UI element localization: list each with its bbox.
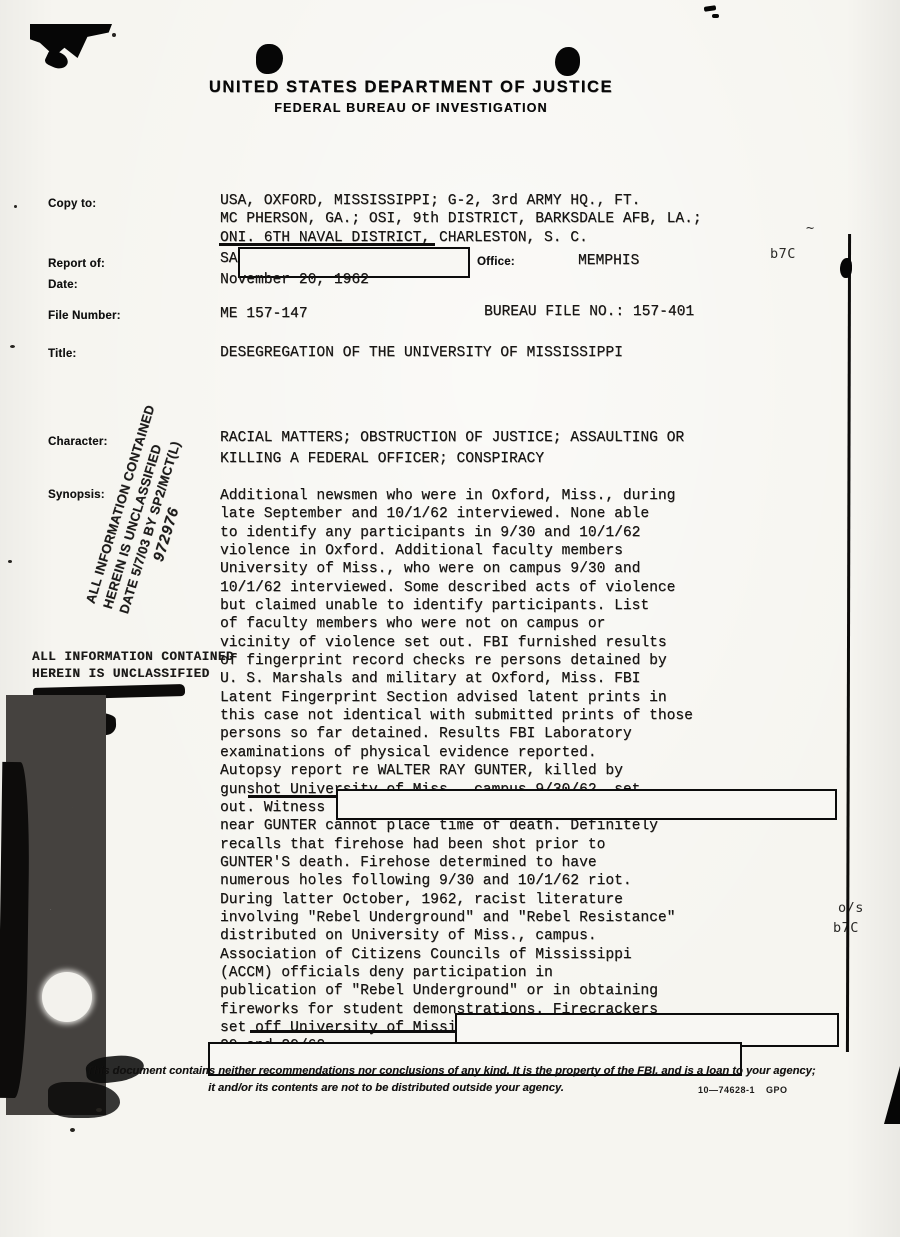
scan-speck-3 <box>70 1128 75 1132</box>
report-of-label: Report of: <box>48 258 105 270</box>
scan-line-blob <box>840 258 852 278</box>
document-page: UNITED STATES DEPARTMENT OF JUSTICE FEDE… <box>0 0 900 1237</box>
file-number-value: ME 157-147 <box>220 305 308 323</box>
header-agency: UNITED STATES DEPARTMENT OF JUSTICE <box>180 78 642 97</box>
scan-artifact-bottom-right <box>884 1066 900 1124</box>
character-label: Character: <box>48 436 108 448</box>
scan-artifact-top-right2 <box>712 14 719 18</box>
hole-punch <box>42 972 92 1022</box>
scan-speck-6 <box>8 560 12 563</box>
footer-form-number: 10—74628-1 <box>698 1085 755 1095</box>
file-number-label: File Number: <box>48 310 121 322</box>
copy-to-label: Copy to: <box>48 198 96 210</box>
header-bureau: FEDERAL BUREAU OF INVESTIGATION <box>180 101 642 115</box>
b7c-annotation-top: b7C <box>770 246 796 262</box>
date-value: November 20, 1962 <box>220 271 369 289</box>
footer-disclaimer-line1: This document contains neither recommend… <box>36 1063 866 1080</box>
synopsis-underline-2 <box>250 1030 462 1033</box>
office-value: MEMPHIS <box>578 252 639 270</box>
os-annotation: o/s <box>838 900 864 916</box>
scan-artifact-top-left-tail <box>44 48 71 72</box>
ink-blot-left <box>256 44 283 74</box>
office-label: Office: <box>477 256 515 268</box>
date-label: Date: <box>48 279 78 291</box>
scan-speck <box>112 33 116 37</box>
oni-underline <box>219 243 435 246</box>
declassification-stamp-rotated: ALL INFORMATION CONTAINED HEREIN IS UNCL… <box>82 352 235 624</box>
footer-disclaimer-line2: it and/or its contents are not to be dis… <box>36 1080 736 1097</box>
bureau-file-number: BUREAU FILE NO.: 157-401 <box>484 303 694 321</box>
title-value: DESEGREGATION OF THE UNIVERSITY OF MISSI… <box>220 344 623 362</box>
synopsis-label: Synopsis: <box>48 489 105 501</box>
scan-artifact-top-right <box>704 5 717 12</box>
scan-artifact-top-left <box>30 24 112 58</box>
redaction-box-witness <box>336 789 837 820</box>
synopsis-text: Additional newsmen who were in Oxford, M… <box>220 487 795 1056</box>
unclassified-stamp-flat: ALL INFORMATION CONTAINED HEREIN IS UNCL… <box>32 648 234 682</box>
character-value: RACIAL MATTERS; OBSTRUCTION OF JUSTICE; … <box>220 428 684 469</box>
scan-speck-2 <box>96 1108 102 1112</box>
scan-speck-4 <box>10 345 15 348</box>
scan-speck-5 <box>14 205 17 208</box>
ink-blot-right <box>555 47 580 76</box>
tilde-mark: ~ <box>806 220 815 236</box>
report-of-value: SA <box>220 250 238 268</box>
copy-to-value: USA, OXFORD, MISSISSIPPI; G-2, 3rd ARMY … <box>220 192 702 247</box>
footer-gpo: GPO <box>766 1085 788 1095</box>
title-label: Title: <box>48 348 76 360</box>
